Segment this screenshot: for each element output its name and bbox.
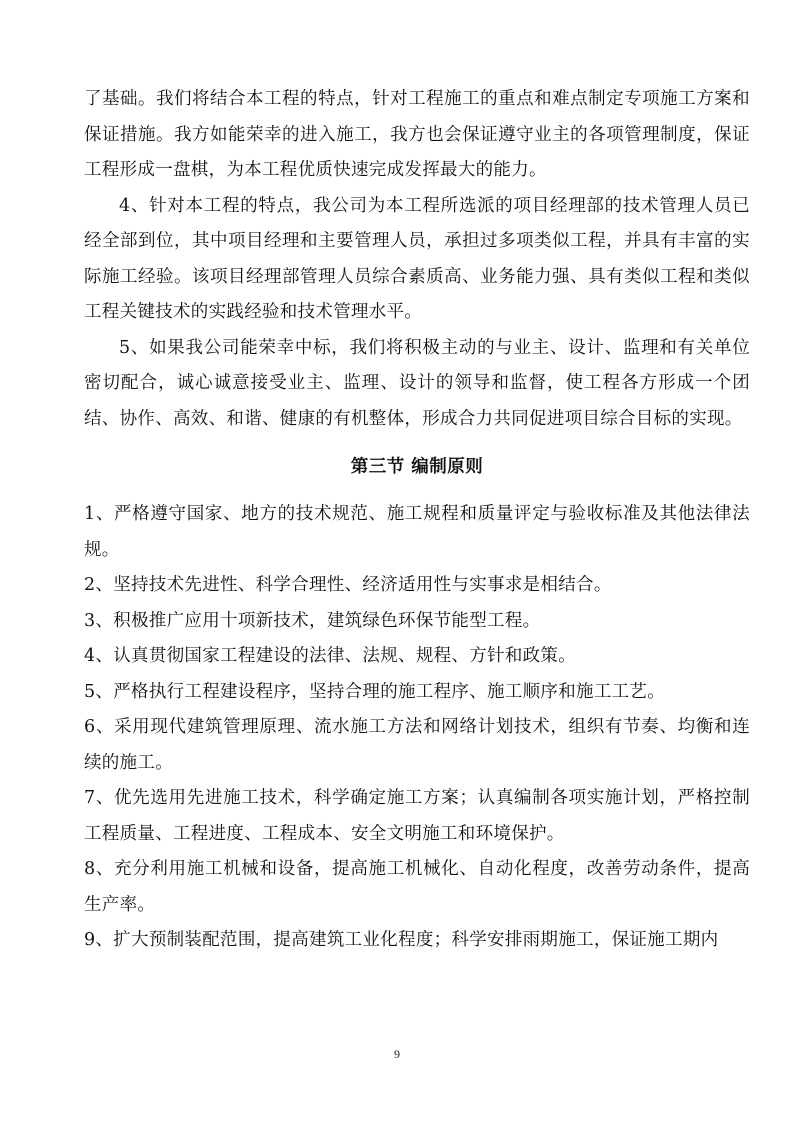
principle-item-6: 6、采用现代建筑管理原理、流水施工方法和网络计划技术，组织有节奏、均衡和连续的施…	[84, 710, 750, 781]
principle-item-2: 2、坚持技术先进性、科学合理性、经济适用性与实事求是相结合。	[84, 568, 750, 604]
paragraph-continuation: 了基础。我们将结合本工程的特点，针对工程施工的重点和难点制定专项施工方案和保证措…	[84, 82, 750, 189]
section-title: 第三节 编制原则	[84, 437, 750, 497]
principle-item-8: 8、充分利用施工机械和设备，提高施工机械化、自动化程度，改善劳动条件，提高生产率…	[84, 852, 750, 923]
principle-item-9: 9、扩大预制装配范围，提高建筑工业化程度；科学安排雨期施工，保证施工期内	[84, 923, 750, 959]
principle-item-1: 1、严格遵守国家、地方的技术规范、施工规程和质量评定与验收标准及其他法律法规。	[84, 497, 750, 568]
paragraph-item-5: 5、如果我公司能荣幸中标，我们将积极主动的与业主、设计、监理和有关单位密切配合，…	[84, 331, 750, 438]
principle-item-5: 5、严格执行工程建设程序，坚持合理的施工程序、施工顺序和施工工艺。	[84, 675, 750, 711]
paragraph-item-4: 4、针对本工程的特点，我公司为本工程所选派的项目经理部的技术管理人员已经全部到位…	[84, 189, 750, 331]
principle-item-4: 4、认真贯彻国家工程建设的法律、法规、规程、方针和政策。	[84, 639, 750, 675]
document-page-body: 了基础。我们将结合本工程的特点，针对工程施工的重点和难点制定专项施工方案和保证措…	[84, 82, 750, 959]
principle-item-7: 7、优先选用先进施工技术，科学确定施工方案；认真编制各项实施计划，严格控制工程质…	[84, 781, 750, 852]
principle-item-3: 3、积极推广应用十项新技术，建筑绿色环保节能型工程。	[84, 604, 750, 640]
page-number: 9	[0, 1047, 794, 1062]
